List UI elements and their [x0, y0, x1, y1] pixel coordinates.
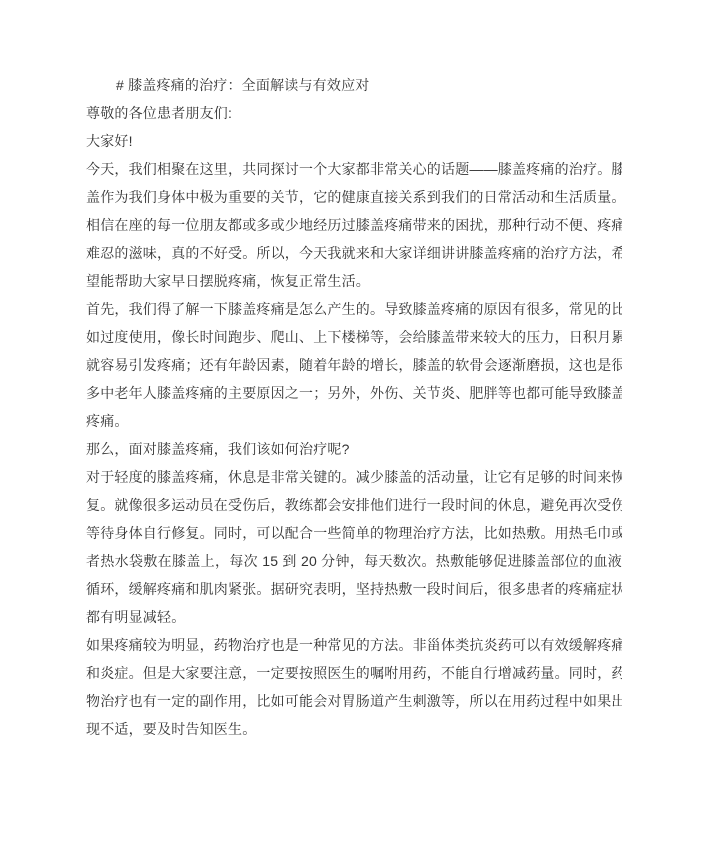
text-line: 多中老年人膝盖疼痛的主要原因之一；另外，外伤、关节炎、肥胖等也都可能导致膝盖 — [86, 379, 622, 407]
text-line: 就容易引发疼痛；还有年龄因素，随着年龄的增长，膝盖的软骨会逐渐磨损，这也是很 — [86, 351, 622, 379]
text-line: 者热水袋敷在膝盖上，每次 15 到 20 分钟，每天数次。热敷能够促进膝盖部位的… — [86, 547, 622, 575]
text-line: 盖作为我们身体中极为重要的关节，它的健康直接关系到我们的日常活动和生活质量。 — [86, 183, 622, 211]
question-line: 那么，面对膝盖疼痛，我们该如何治疗呢? — [86, 435, 622, 463]
text-line: 难忍的滋味，真的不好受。所以，今天我就来和大家详细讲讲膝盖疼痛的治疗方法，希 — [86, 239, 622, 267]
text-line: 首先，我们得了解一下膝盖疼痛是怎么产生的。导致膝盖疼痛的原因有很多，常见的比 — [86, 295, 622, 323]
document-title: # 膝盖疼痛的治疗：全面解读与有效应对 — [86, 71, 622, 99]
text-line: 循环，缓解疼痛和肌肉紧张。据研究表明，坚持热敷一段时间后，很多患者的疼痛症状 — [86, 575, 622, 603]
salutation-line: 尊敬的各位患者朋友们: — [86, 99, 622, 127]
text-line: 如果疼痛较为明显，药物治疗也是一种常见的方法。非甾体类抗炎药可以有效缓解疼痛 — [86, 631, 622, 659]
greeting-line: 大家好! — [86, 127, 622, 155]
text-line: 和炎症。但是大家要注意，一定要按照医生的嘱咐用药，不能自行增减药量。同时，药 — [86, 659, 622, 687]
text-line: 物治疗也有一定的副作用，比如可能会对胃肠道产生刺激等，所以在用药过程中如果出 — [86, 687, 622, 715]
text-line: 都有明显减轻。 — [86, 603, 622, 631]
text-line: 对于轻度的膝盖疼痛，休息是非常关键的。减少膝盖的活动量，让它有足够的时间来恢 — [86, 463, 622, 491]
text-line: 相信在座的每一位朋友都或多或少地经历过膝盖疼痛带来的困扰，那种行动不便、疼痛 — [86, 211, 622, 239]
document-page: # 膝盖疼痛的治疗：全面解读与有效应对 尊敬的各位患者朋友们: 大家好! 今天，… — [86, 71, 622, 743]
text-line: 等待身体自行修复。同时，可以配合一些简单的物理治疗方法，比如热敷。用热毛巾或 — [86, 519, 622, 547]
text-line: 现不适，要及时告知医生。 — [86, 715, 622, 743]
text-line: 复。就像很多运动员在受伤后，教练都会安排他们进行一段时间的休息，避免再次受伤， — [86, 491, 622, 519]
text-line: 望能帮助大家早日摆脱疼痛，恢复正常生活。 — [86, 267, 622, 295]
text-line: 今天，我们相聚在这里，共同探讨一个大家都非常关心的话题——膝盖疼痛的治疗。膝 — [86, 155, 622, 183]
text-line: 疼痛。 — [86, 407, 622, 435]
text-line: 如过度使用，像长时间跑步、爬山、上下楼梯等，会给膝盖带来较大的压力，日积月累 — [86, 323, 622, 351]
